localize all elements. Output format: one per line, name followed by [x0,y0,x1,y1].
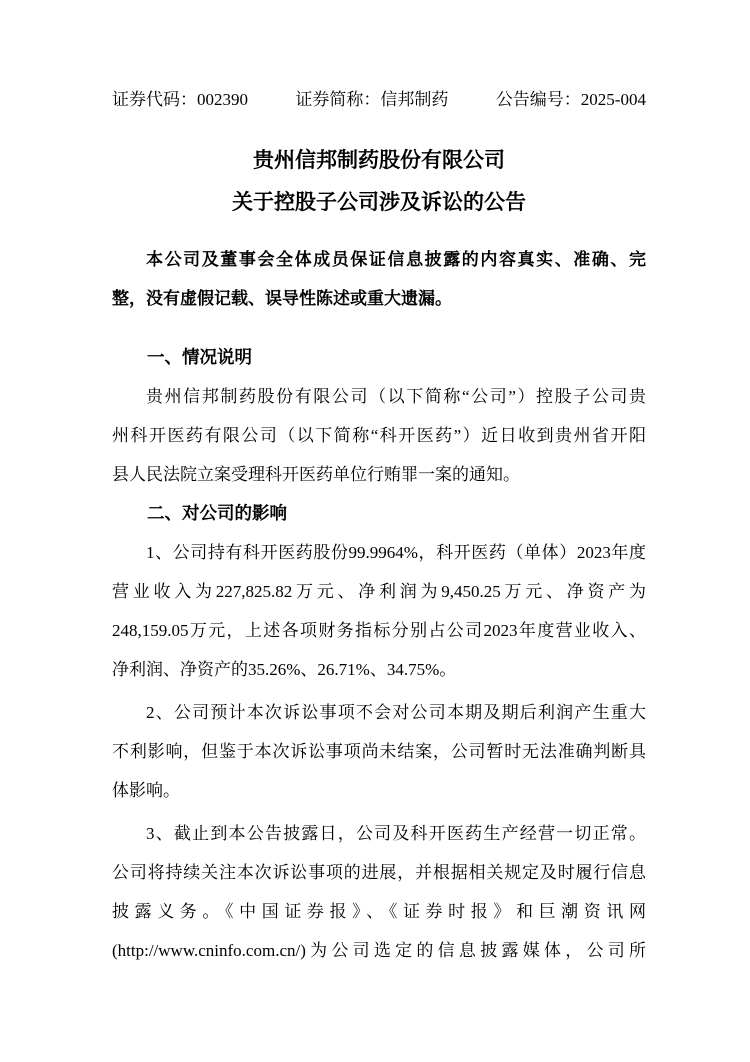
stock-code: 证券代码：002390 [112,88,248,112]
paragraph-line: (http://www.cninfo.com.cn/)为公司选定的信息披露媒体，… [112,931,646,970]
paragraph-line: 本公司及董事会全体成员保证信息披露的内容真实、准确、完 [112,240,646,279]
paragraph-line: 248,159.05万元，上述各项财务指标分别占公司2023年度营业收入、 [112,611,646,650]
paragraph-line: 1、公司持有科开医药股份99.9964%，科开医药（单体）2023年度 [112,533,646,572]
document-page: 证券代码：002390 证券简称：信邦制药 公告编号：2025-004 贵州信邦… [0,0,750,1062]
section-heading: 二、对公司的影响 [112,494,646,533]
section-heading: 一、情况说明 [112,338,646,377]
body-paragraph: 3、截止到本公告披露日，公司及科开医药生产经营一切正常。公司将持续关注本次诉讼事… [112,814,646,970]
paragraph-line: 州科开医药有限公司（以下简称“科开医药”）近日收到贵州省开阳 [112,416,646,455]
document-header: 证券代码：002390 证券简称：信邦制药 公告编号：2025-004 [112,88,646,112]
paragraph-line: 营业收入为227,825.82万元、净利润为9,450.25万元、净资产为 [112,572,646,611]
paragraph-line: 贵州信邦制药股份有限公司（以下简称“公司”）控股子公司贵 [112,377,646,416]
body-paragraph: 2、公司预计本次诉讼事项不会对公司本期及期后利润产生重大不利影响，但鉴于本次诉讼… [112,693,646,810]
announcement-number: 公告编号：2025-004 [496,88,646,112]
paragraph-line: 县人民法院立案受理科开医药单位行贿罪一案的通知。 [112,455,646,494]
notice-paragraph: 本公司及董事会全体成员保证信息披露的内容真实、准确、完整，没有虚假记载、误导性陈… [112,240,646,318]
body-paragraph: 贵州信邦制药股份有限公司（以下简称“公司”）控股子公司贵州科开医药有限公司（以下… [112,377,646,494]
paragraph-line: 整，没有虚假记载、误导性陈述或重大遗漏。 [112,279,646,318]
paragraph-line: 净利润、净资产的35.26%、26.71%、34.75%。 [112,650,646,689]
announcement-title: 关于控股子公司涉及诉讼的公告 [112,190,646,216]
paragraph-line: 公司将持续关注本次诉讼事项的进展，并根据相关规定及时履行信息 [112,853,646,892]
paragraph-line: 披露义务。《中国证券报》、《证券时报》和巨潮资讯网 [112,892,646,931]
paragraph-line: 2、公司预计本次诉讼事项不会对公司本期及期后利润产生重大 [112,693,646,732]
paragraph-line: 不利影响，但鉴于本次诉讼事项尚未结案，公司暂时无法准确判断具 [112,732,646,771]
stock-name: 证券简称：信邦制药 [295,88,448,112]
company-title: 贵州信邦制药股份有限公司 [112,148,646,174]
paragraph-line: 体影响。 [112,771,646,810]
body-paragraph: 1、公司持有科开医药股份99.9964%，科开医药（单体）2023年度营业收入为… [112,533,646,689]
document-body: 本公司及董事会全体成员保证信息披露的内容真实、准确、完整，没有虚假记载、误导性陈… [112,240,646,970]
paragraph-line: 3、截止到本公告披露日，公司及科开医药生产经营一切正常。 [112,814,646,853]
